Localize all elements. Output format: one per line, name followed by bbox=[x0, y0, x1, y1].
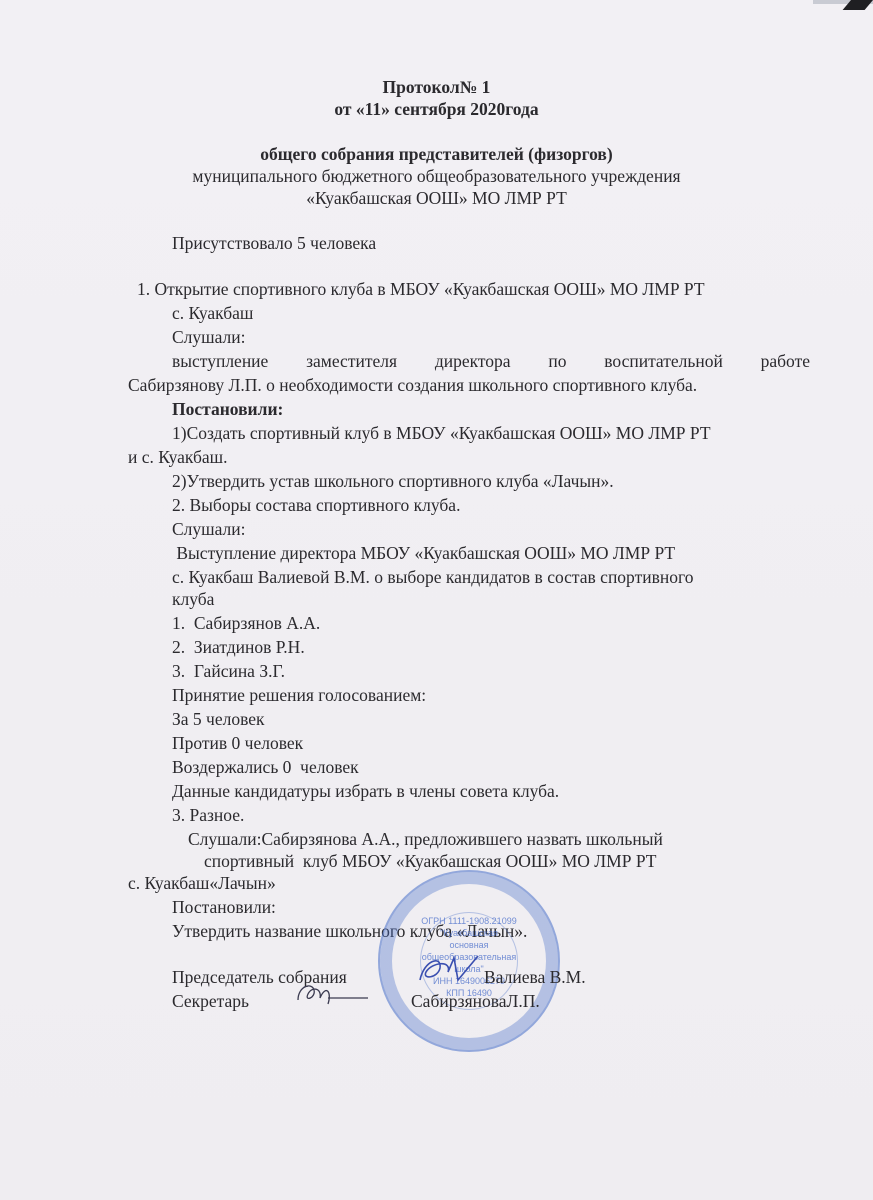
stamp-text: "Куакбашская bbox=[380, 928, 558, 938]
protocol-title: Протокол№ 1 bbox=[0, 76, 873, 98]
vote-label: Принятие решения голосованием: bbox=[172, 684, 426, 706]
votes-for: За 5 человек bbox=[172, 708, 265, 730]
chair-signature-icon bbox=[412, 950, 482, 990]
stamp-text: основная bbox=[380, 940, 558, 950]
item1-decision1-line2: и с. Куакбаш. bbox=[128, 446, 228, 468]
institution-name: муниципального бюджетного общеобразовате… bbox=[0, 165, 873, 187]
item2-heading: 2. Выборы состава спортивного клуба. bbox=[172, 494, 460, 516]
item3-heard-line1: Слушали:Сабирзянова А.А., предложившего … bbox=[188, 828, 663, 850]
protocol-date: от «11» сентября 2020года bbox=[0, 98, 873, 120]
secretary-name: СабирзяноваЛ.П. bbox=[411, 990, 540, 1012]
item3-heard-line2: спортивный клуб МБОУ «Куакбашская ООШ» М… bbox=[204, 850, 656, 872]
attendance-count: Присутствовало 5 человека bbox=[172, 232, 376, 254]
item1-decision2: 2)Утвердить устав школьного спортивного … bbox=[172, 470, 614, 492]
votes-against: Против 0 человек bbox=[172, 732, 303, 754]
item1-decided-label: Постановили: bbox=[172, 398, 283, 420]
item3-heard-line3: с. Куакбаш«Лачын» bbox=[128, 872, 276, 894]
meeting-title: общего собрания представителей (физоргов… bbox=[0, 143, 873, 165]
item1-heard-text-2: Сабирзянову Л.П. о необходимости создани… bbox=[128, 374, 697, 396]
item2-heard-text-3: клуба bbox=[172, 588, 214, 610]
candidate-2: 2. Зиатдинов Р.Н. bbox=[172, 636, 305, 658]
item2-heard-text-1: Выступление директора МБОУ «Куакбашская … bbox=[172, 542, 675, 564]
chair-name: Валиева В.М. bbox=[484, 966, 586, 988]
item1-heard-label: Слушали: bbox=[172, 326, 246, 348]
item2-heard-label: Слушали: bbox=[172, 518, 246, 540]
scanned-document-page: Протокол№ 1 от «11» сентября 2020года об… bbox=[0, 0, 873, 1200]
item1-heading-cont: с. Куакбаш bbox=[172, 302, 253, 324]
item1-decision1-line1: 1)Создать спортивный клуб в МБОУ «Куакба… bbox=[172, 422, 711, 444]
item2-heard-text-2: с. Куакбаш Валиевой В.М. о выборе кандид… bbox=[172, 566, 693, 588]
item2-decision: Данные кандидатуры избрать в члены совет… bbox=[172, 780, 559, 802]
item3-decided-label: Постановили: bbox=[172, 896, 276, 918]
votes-abstain: Воздержались 0 человек bbox=[172, 756, 359, 778]
secretary-signature-icon bbox=[292, 978, 372, 1010]
candidate-1: 1. Сабирзянов А.А. bbox=[172, 612, 320, 634]
item3-heading: 3. Разное. bbox=[172, 804, 244, 826]
institution-short-name: «Куакбашская ООШ» МО ЛМР РТ bbox=[0, 187, 873, 209]
secretary-label: Секретарь bbox=[172, 990, 249, 1012]
item1-heard-text-1: выступление заместителя директора по вос… bbox=[172, 350, 810, 372]
item1-heading: 1. Открытие спортивного клуба в МБОУ «Ку… bbox=[137, 278, 705, 300]
candidate-3: 3. Гайсина З.Г. bbox=[172, 660, 285, 682]
stamp-text: ОГРН 1111-1908.21099 bbox=[380, 916, 558, 926]
